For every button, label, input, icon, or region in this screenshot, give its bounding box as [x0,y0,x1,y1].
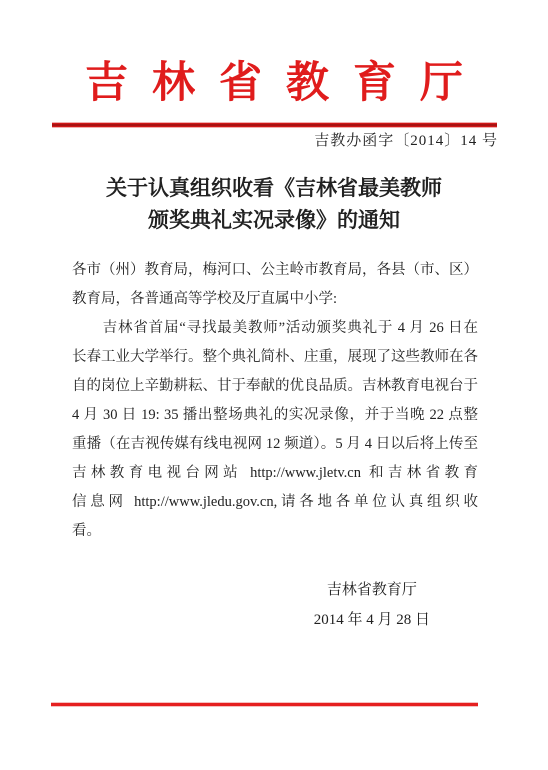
signature-agency: 吉林省教育厅 [314,575,430,605]
signature-block: 吉林省教育厅 2014 年 4 月 28 日 [314,575,430,635]
body-line: 重播（在吉视传媒有线电视网 12 频道）。5 月 4 日以后将上传至 [72,430,478,459]
body-line: 各市（州）教育局，梅河口、公主岭市教育局，各县（市、区） [72,256,478,285]
document-title: 关于认真组织收看《吉林省最美教师 颁奖典礼实况录像》的通知 [0,172,548,236]
header-red-rule [52,122,497,128]
title-line-2: 颁奖典礼实况录像》的通知 [0,204,548,236]
body-line: 吉林省首届“寻找最美教师”活动颁奖典礼于 4 月 26 日在 [72,314,478,343]
agency-name-header: 吉林省教育厅 [0,58,548,110]
title-line-1: 关于认真组织收看《吉林省最美教师 [0,172,548,204]
document-body: 各市（州）教育局，梅河口、公主岭市教育局，各县（市、区） 教育局，各普通高等学校… [72,256,478,546]
body-line: 信息网 http://www.jledu.gov.cn,请各地各单位认真组织收 [72,488,478,517]
document-number: 吉教办函字〔2014〕14 号 [314,130,498,152]
body-line: 4 月 30 日 19: 35 播出整场典礼的实况录像，并于当晚 22 点整 [72,401,478,430]
body-line: 教育局，各普通高等学校及厅直属中小学: [72,285,478,314]
body-line: 自的岗位上辛勤耕耘、甘于奉献的优良品质。吉林教育电视台于 [72,372,478,401]
body-line: 长春工业大学举行。整个典礼简朴、庄重，展现了这些教师在各 [72,343,478,372]
signature-date: 2014 年 4 月 28 日 [314,605,430,635]
footer-red-rule [51,702,478,707]
document-page: 吉林省教育厅 吉教办函字〔2014〕14 号 关于认真组织收看《吉林省最美教师 … [0,0,548,770]
body-line: 看。 [72,517,478,546]
body-line: 吉林教育电视台网站 http://www.jletv.cn 和吉林省教育 [72,459,478,488]
